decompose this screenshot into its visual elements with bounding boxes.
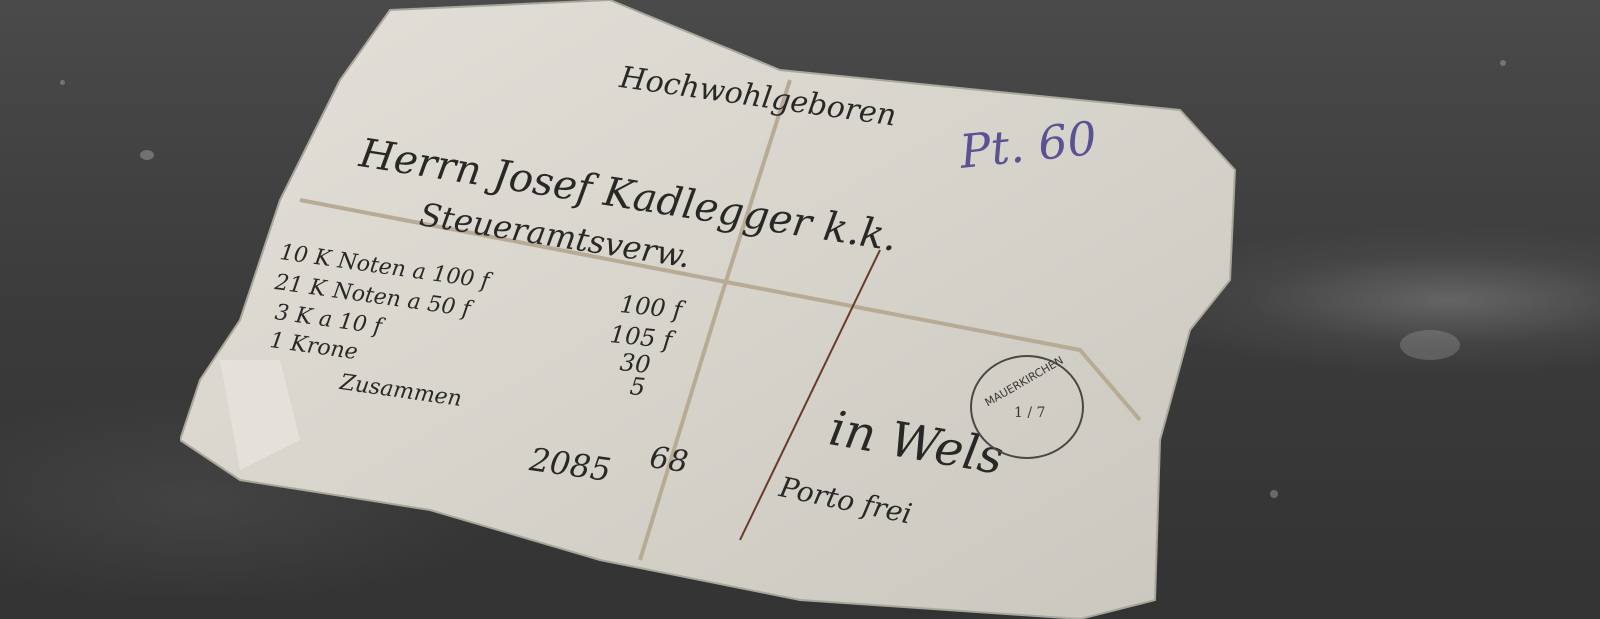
postmark-date: 1 / 7 xyxy=(1014,405,1045,421)
amount: 5 xyxy=(629,372,647,401)
photo-scene: Hochwohlgeboren Herrn Josef Kadlegger k.… xyxy=(0,0,1600,619)
dust-speck xyxy=(140,150,154,160)
parcel: Hochwohlgeboren Herrn Josef Kadlegger k.… xyxy=(180,0,1250,619)
dust-speck xyxy=(1270,490,1278,498)
total-value: 68 xyxy=(648,440,691,480)
dust-speck xyxy=(1500,60,1506,66)
postmark: MAUERKIRCHEN 1 / 7 xyxy=(970,355,1084,459)
dust-speck xyxy=(60,80,65,85)
dust-speck xyxy=(1400,330,1460,360)
